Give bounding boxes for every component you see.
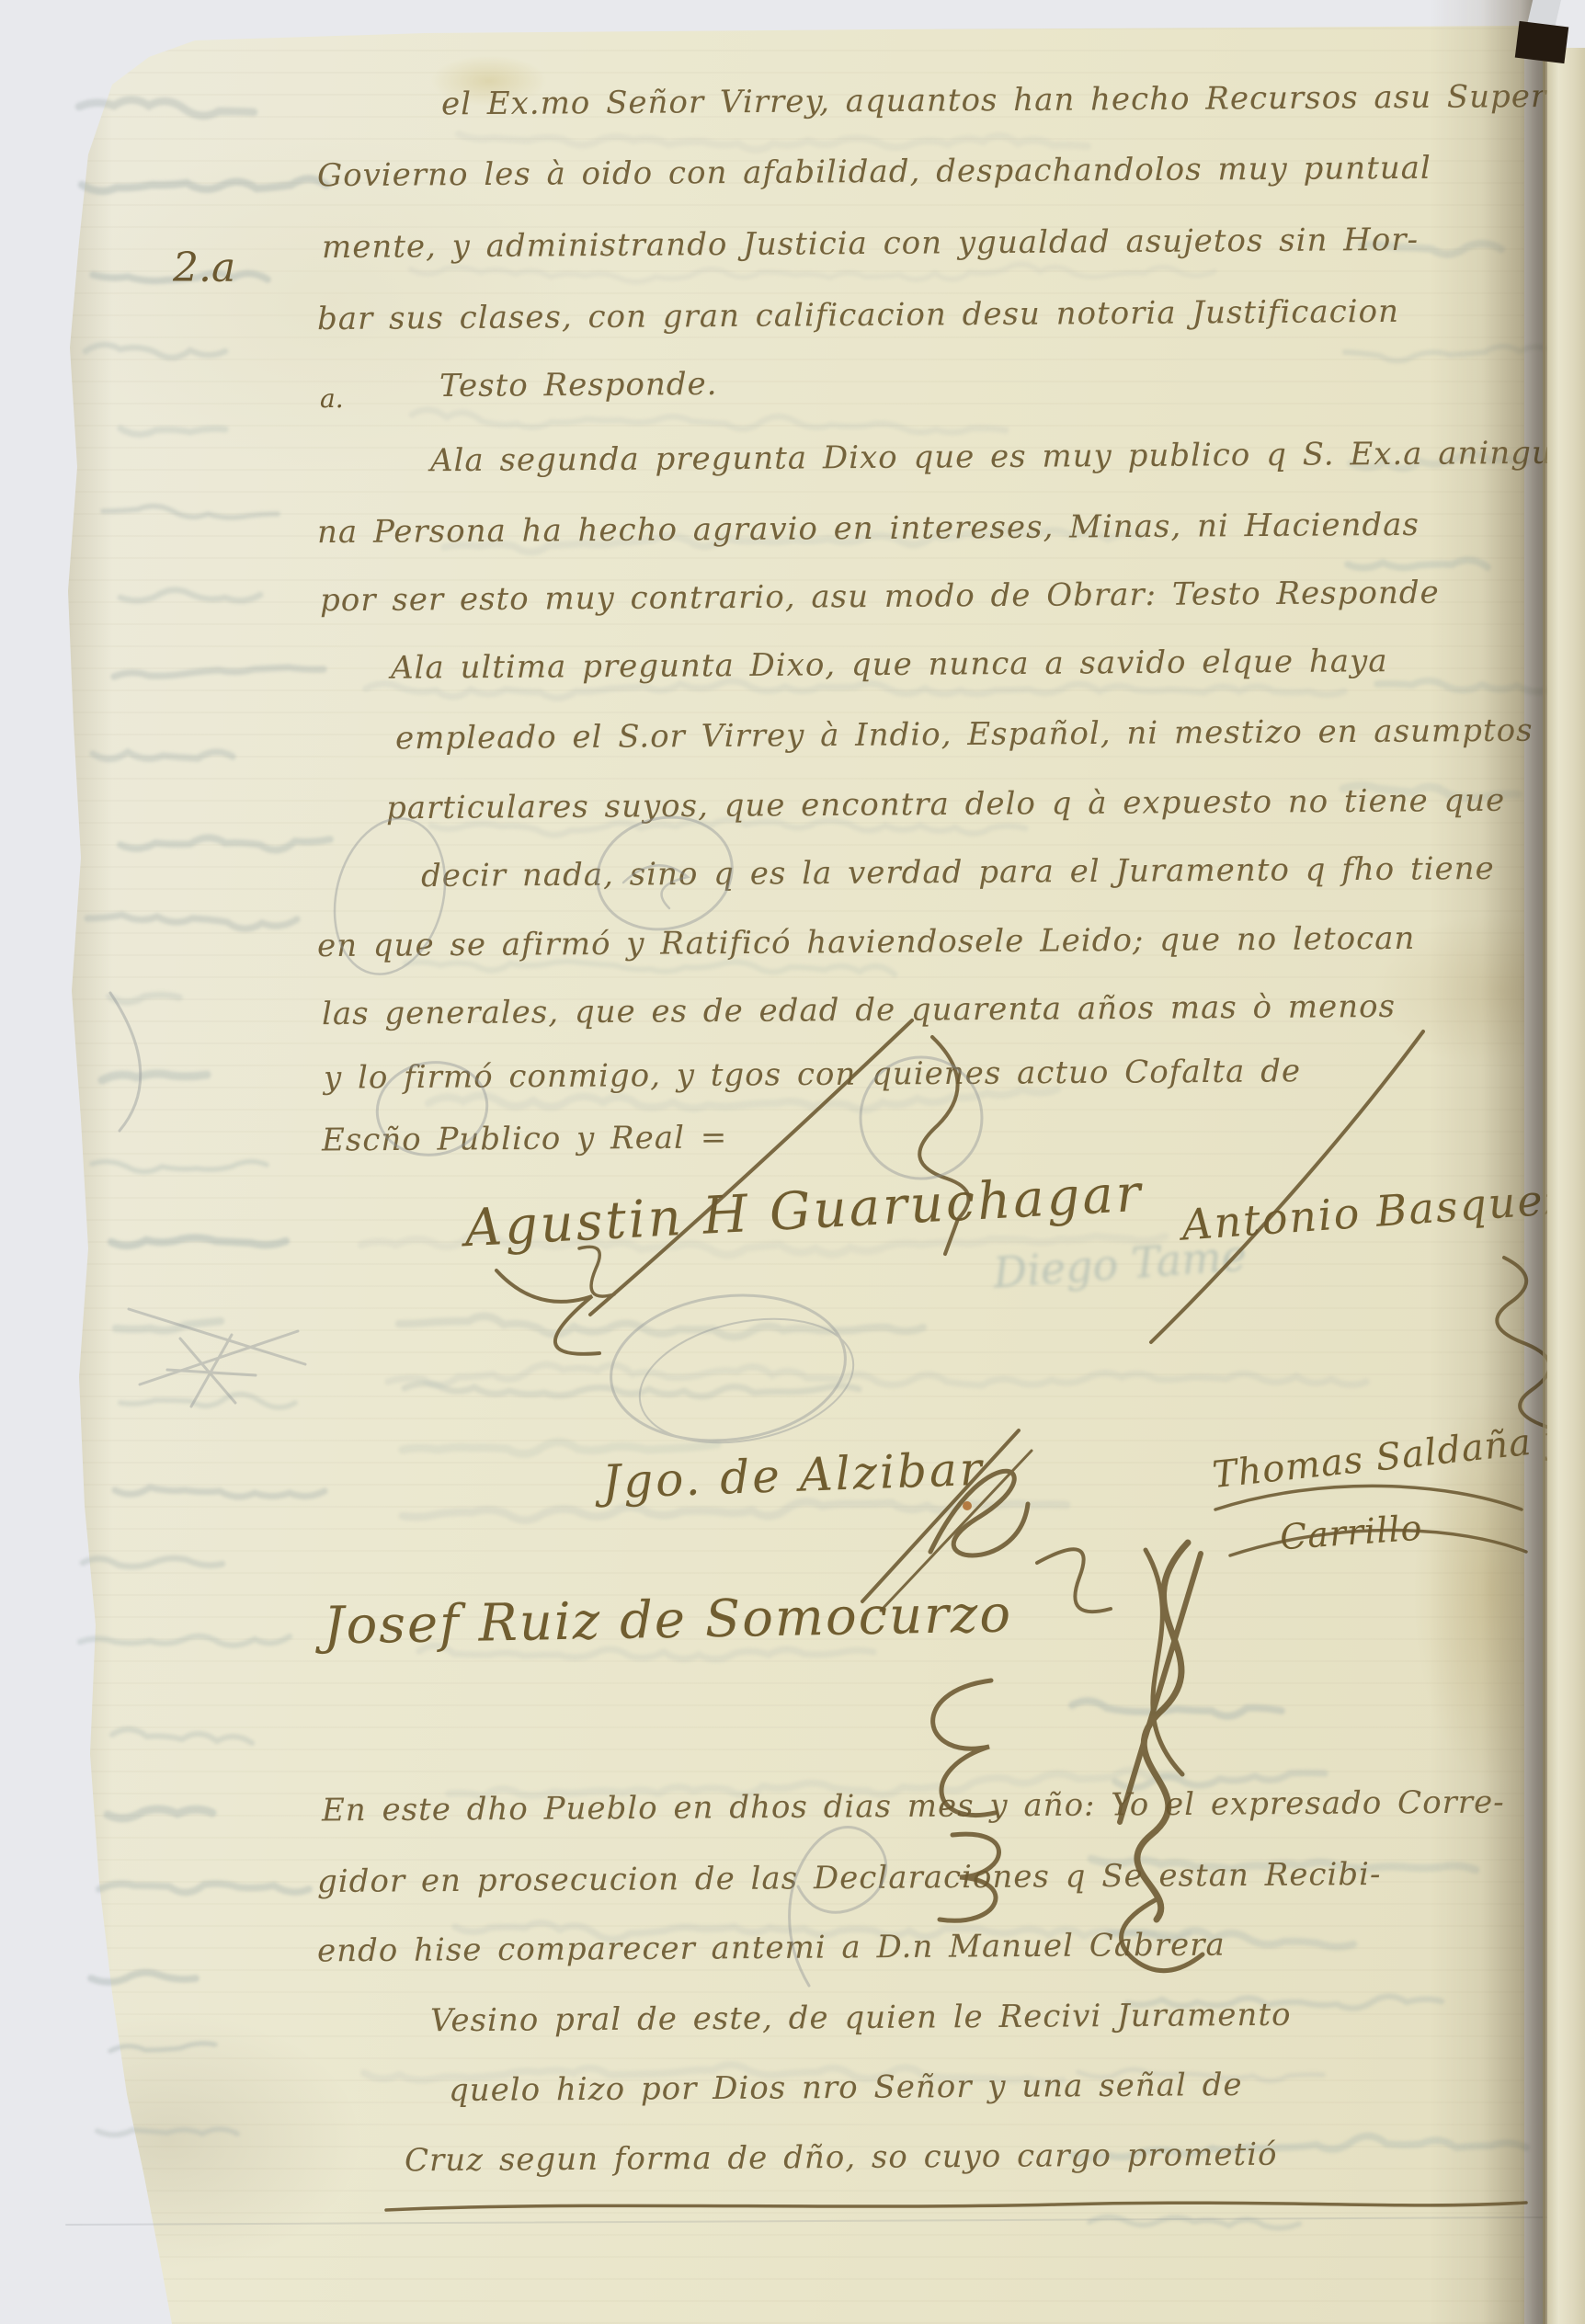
closing-line: gidor en prosecucion de las Declaracione… [317, 1859, 1382, 1897]
closing-line: quelo hizo por Dios nro Señor y una seña… [449, 2069, 1243, 2106]
marginal-question-number: 2.a [173, 248, 235, 289]
handwritten-line: Ala segunda pregunta Dixo que es muy pub… [430, 438, 1565, 477]
handwritten-line: el Ex.mo Señor Virrey, aquantos han hech… [441, 81, 1585, 120]
handwritten-line: na Persona ha hecho agravio en intereses… [317, 509, 1420, 548]
handwritten-line: Govierno les à oido con afabilidad, desp… [317, 153, 1431, 191]
handwritten-line: decir nada, sino q es la verdad para el … [421, 853, 1495, 892]
handwritten-line: particulares suyos, que encontra delo q … [386, 785, 1505, 824]
handwritten-line: bar sus clases, con gran calificacion de… [317, 296, 1399, 335]
book-gutter-shadow [1430, 0, 1545, 2324]
adjacent-page-edge [1547, 48, 1585, 2324]
binding-clamp [1515, 21, 1568, 63]
handwritten-line: por ser esto muy contrario, asu modo de … [320, 577, 1440, 617]
handwritten-line: Escño Publico y Real = [322, 1122, 728, 1156]
handwritten-line: mente, y administrando Justicia con ygua… [322, 224, 1419, 263]
closing-line: En este dho Pueblo en dhos dias mes y añ… [322, 1787, 1505, 1827]
handwritten-line: en que se afirmó y Ratificó haviendosele… [317, 923, 1416, 962]
signature-somocurzo: Josef Ruiz de Somocurzo [324, 1589, 1013, 1652]
handwritten-line: empleado el S.or Virrey à Indio, Español… [395, 715, 1534, 755]
manuscript-scan: Diego Tame 2.a a. el Ex.mo Señor Virrey,… [0, 0, 1585, 2324]
signature-alzibar: Jgo. de Alzibar [601, 1446, 985, 1505]
handwritten-line: Testo Responde. [439, 369, 718, 402]
handwritten-line: las generales, que es de edad de quarent… [322, 991, 1396, 1030]
marginal-answer-mark: a. [320, 386, 344, 412]
handwritten-line: y lo firmó conmigo, y tgos con quienes a… [324, 1055, 1301, 1093]
handwritten-line: Ala ultima pregunta Dixo, que nunca a sa… [391, 645, 1388, 684]
signature-carrillo: Carrillo [1279, 1510, 1424, 1555]
manuscript-page [57, 26, 1524, 2324]
closing-line: Cruz segun forma de dño, so cuyo cargo p… [405, 2139, 1278, 2177]
closing-line: endo hise comparecer antemi a D.n Manuel… [317, 1930, 1226, 1967]
closing-line: Vesino pral de este, de quien le Recivi … [430, 1999, 1292, 2037]
